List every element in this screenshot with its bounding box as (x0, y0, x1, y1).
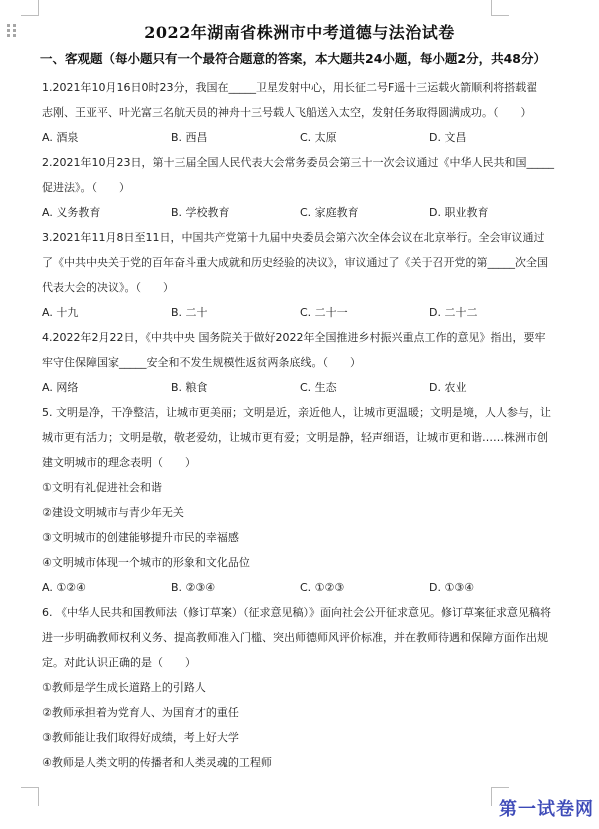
question-text-line: 进一步明确教师权利义务、提高教师准入门槛、突出师德师风评价标准，并在教师待遇和保… (42, 625, 562, 650)
option-d: D. 职业教育 (429, 200, 558, 225)
option-c: C. 太原 (300, 125, 429, 150)
option-d: D. 文昌 (429, 125, 558, 150)
question-5: 5. 文明是净，干净整洁，让城市更美丽；文明是近，亲近他人，让城市更温暖；文明是… (42, 400, 562, 600)
option-c: C. 生态 (300, 375, 429, 400)
option-c: C. 家庭教育 (300, 200, 429, 225)
statement-4: ④文明城市体现一个城市的形象和文化品位 (42, 550, 562, 575)
option-a: A. 网络 (42, 375, 171, 400)
questions-container: 1.2021年10月16日0时23分，我国在_____卫星发射中心，用长征二号F… (42, 75, 562, 775)
option-a: A. 酒泉 (42, 125, 171, 150)
option-d: D. ①③④ (429, 575, 558, 600)
option-c: C. 二十一 (300, 300, 429, 325)
statement-3: ③文明城市的创建能够提升市民的幸福感 (42, 525, 562, 550)
answer-options: A. 十九 B. 二十 C. 二十一 D. 二十二 (42, 300, 562, 325)
question-text-line: 定。对此认识正确的是（ ） (42, 650, 562, 675)
crop-mark-bottom-left (21, 787, 39, 806)
option-b: B. 西昌 (171, 125, 300, 150)
question-text-line: 5. 文明是净，干净整洁，让城市更美丽；文明是近，亲近他人，让城市更温暖；文明是… (42, 400, 562, 425)
statement-2: ②教师承担着为党育人、为国育才的重任 (42, 700, 562, 725)
option-a: A. 义务教育 (42, 200, 171, 225)
option-b: B. 学校教育 (171, 200, 300, 225)
document-page: 2022年湖南省株洲市中考道德与法治试卷 一、客观题（每小题只有一个最符合题意的… (0, 0, 599, 829)
statement-2: ②建设文明城市与青少年无关 (42, 500, 562, 525)
question-text-line: 促进法》。（ ） (42, 175, 562, 200)
question-text-line: 建文明城市的理念表明（ ） (42, 450, 562, 475)
option-b: B. ②③④ (171, 575, 300, 600)
answer-options: A. 网络 B. 粮食 C. 生态 D. 农业 (42, 375, 562, 400)
option-b: B. 粮食 (171, 375, 300, 400)
option-a: A. ①②④ (42, 575, 171, 600)
question-6: 6. 《中华人民共和国教师法（修订草案）（征求意见稿）》面向社会公开征求意见。修… (42, 600, 562, 775)
question-text-line: 2.2021年10月23日，第十三届全国人民代表大会常务委员会第三十一次会议通过… (42, 150, 562, 175)
question-text-line: 代表大会的决议》。（ ） (42, 275, 562, 300)
crop-mark-top-right (491, 0, 509, 16)
question-2: 2.2021年10月23日，第十三届全国人民代表大会常务委员会第三十一次会议通过… (42, 150, 562, 225)
question-text-line: 6. 《中华人民共和国教师法（修订草案）（征求意见稿）》面向社会公开征求意见。修… (42, 600, 562, 625)
option-d: D. 农业 (429, 375, 558, 400)
answer-options: A. ①②④ B. ②③④ C. ①②③ D. ①③④ (42, 575, 562, 600)
question-text-line: 1.2021年10月16日0时23分，我国在_____卫星发射中心，用长征二号F… (42, 75, 562, 100)
statement-3: ③教师能让我们取得好成绩，考上好大学 (42, 725, 562, 750)
document-title: 2022年湖南省株洲市中考道德与法治试卷 (0, 20, 599, 43)
option-d: D. 二十二 (429, 300, 558, 325)
question-text-line: 城市更有活力；文明是敬，敬老爱幼，让城市更有爱；文明是静，轻声细语，让城市更和谐… (42, 425, 562, 450)
question-text-line: 4.2022年2月22日，《中共中央 国务院关于做好2022年全国推进乡村振兴重… (42, 325, 562, 350)
question-1: 1.2021年10月16日0时23分，我国在_____卫星发射中心，用长征二号F… (42, 75, 562, 150)
question-text-line: 3.2021年11月8日至11日，中国共产党第十九届中央委员会第六次全体会议在北… (42, 225, 562, 250)
option-b: B. 二十 (171, 300, 300, 325)
question-text-line: 牢守住保障国家_____安全和不发生规模性返贫两条底线。（ ） (42, 350, 562, 375)
question-4: 4.2022年2月22日，《中共中央 国务院关于做好2022年全国推进乡村振兴重… (42, 325, 562, 400)
answer-options: A. 义务教育 B. 学校教育 C. 家庭教育 D. 职业教育 (42, 200, 562, 225)
option-a: A. 十九 (42, 300, 171, 325)
statement-1: ①文明有礼促进社会和谐 (42, 475, 562, 500)
question-3: 3.2021年11月8日至11日，中国共产党第十九届中央委员会第六次全体会议在北… (42, 225, 562, 325)
statement-4: ④教师是人类文明的传播者和人类灵魂的工程师 (42, 750, 562, 775)
answer-options: A. 酒泉 B. 西昌 C. 太原 D. 文昌 (42, 125, 562, 150)
crop-mark-top-left (21, 0, 39, 16)
watermark-logo: 第一试卷网 (499, 795, 594, 821)
statement-1: ①教师是学生成长道路上的引路人 (42, 675, 562, 700)
section-heading: 一、客观题（每小题只有一个最符合题意的答案，本大题共24小题，每小题2分，共48… (40, 49, 546, 67)
option-c: C. ①②③ (300, 575, 429, 600)
question-text-line: 志刚、王亚平、叶光富三名航天员的神舟十三号载人飞船送入太空，发射任务取得圆满成功… (42, 100, 562, 125)
question-text-line: 了《中共中央关于党的百年奋斗重大成就和历史经验的决议》，审议通过了《关于召开党的… (42, 250, 562, 275)
